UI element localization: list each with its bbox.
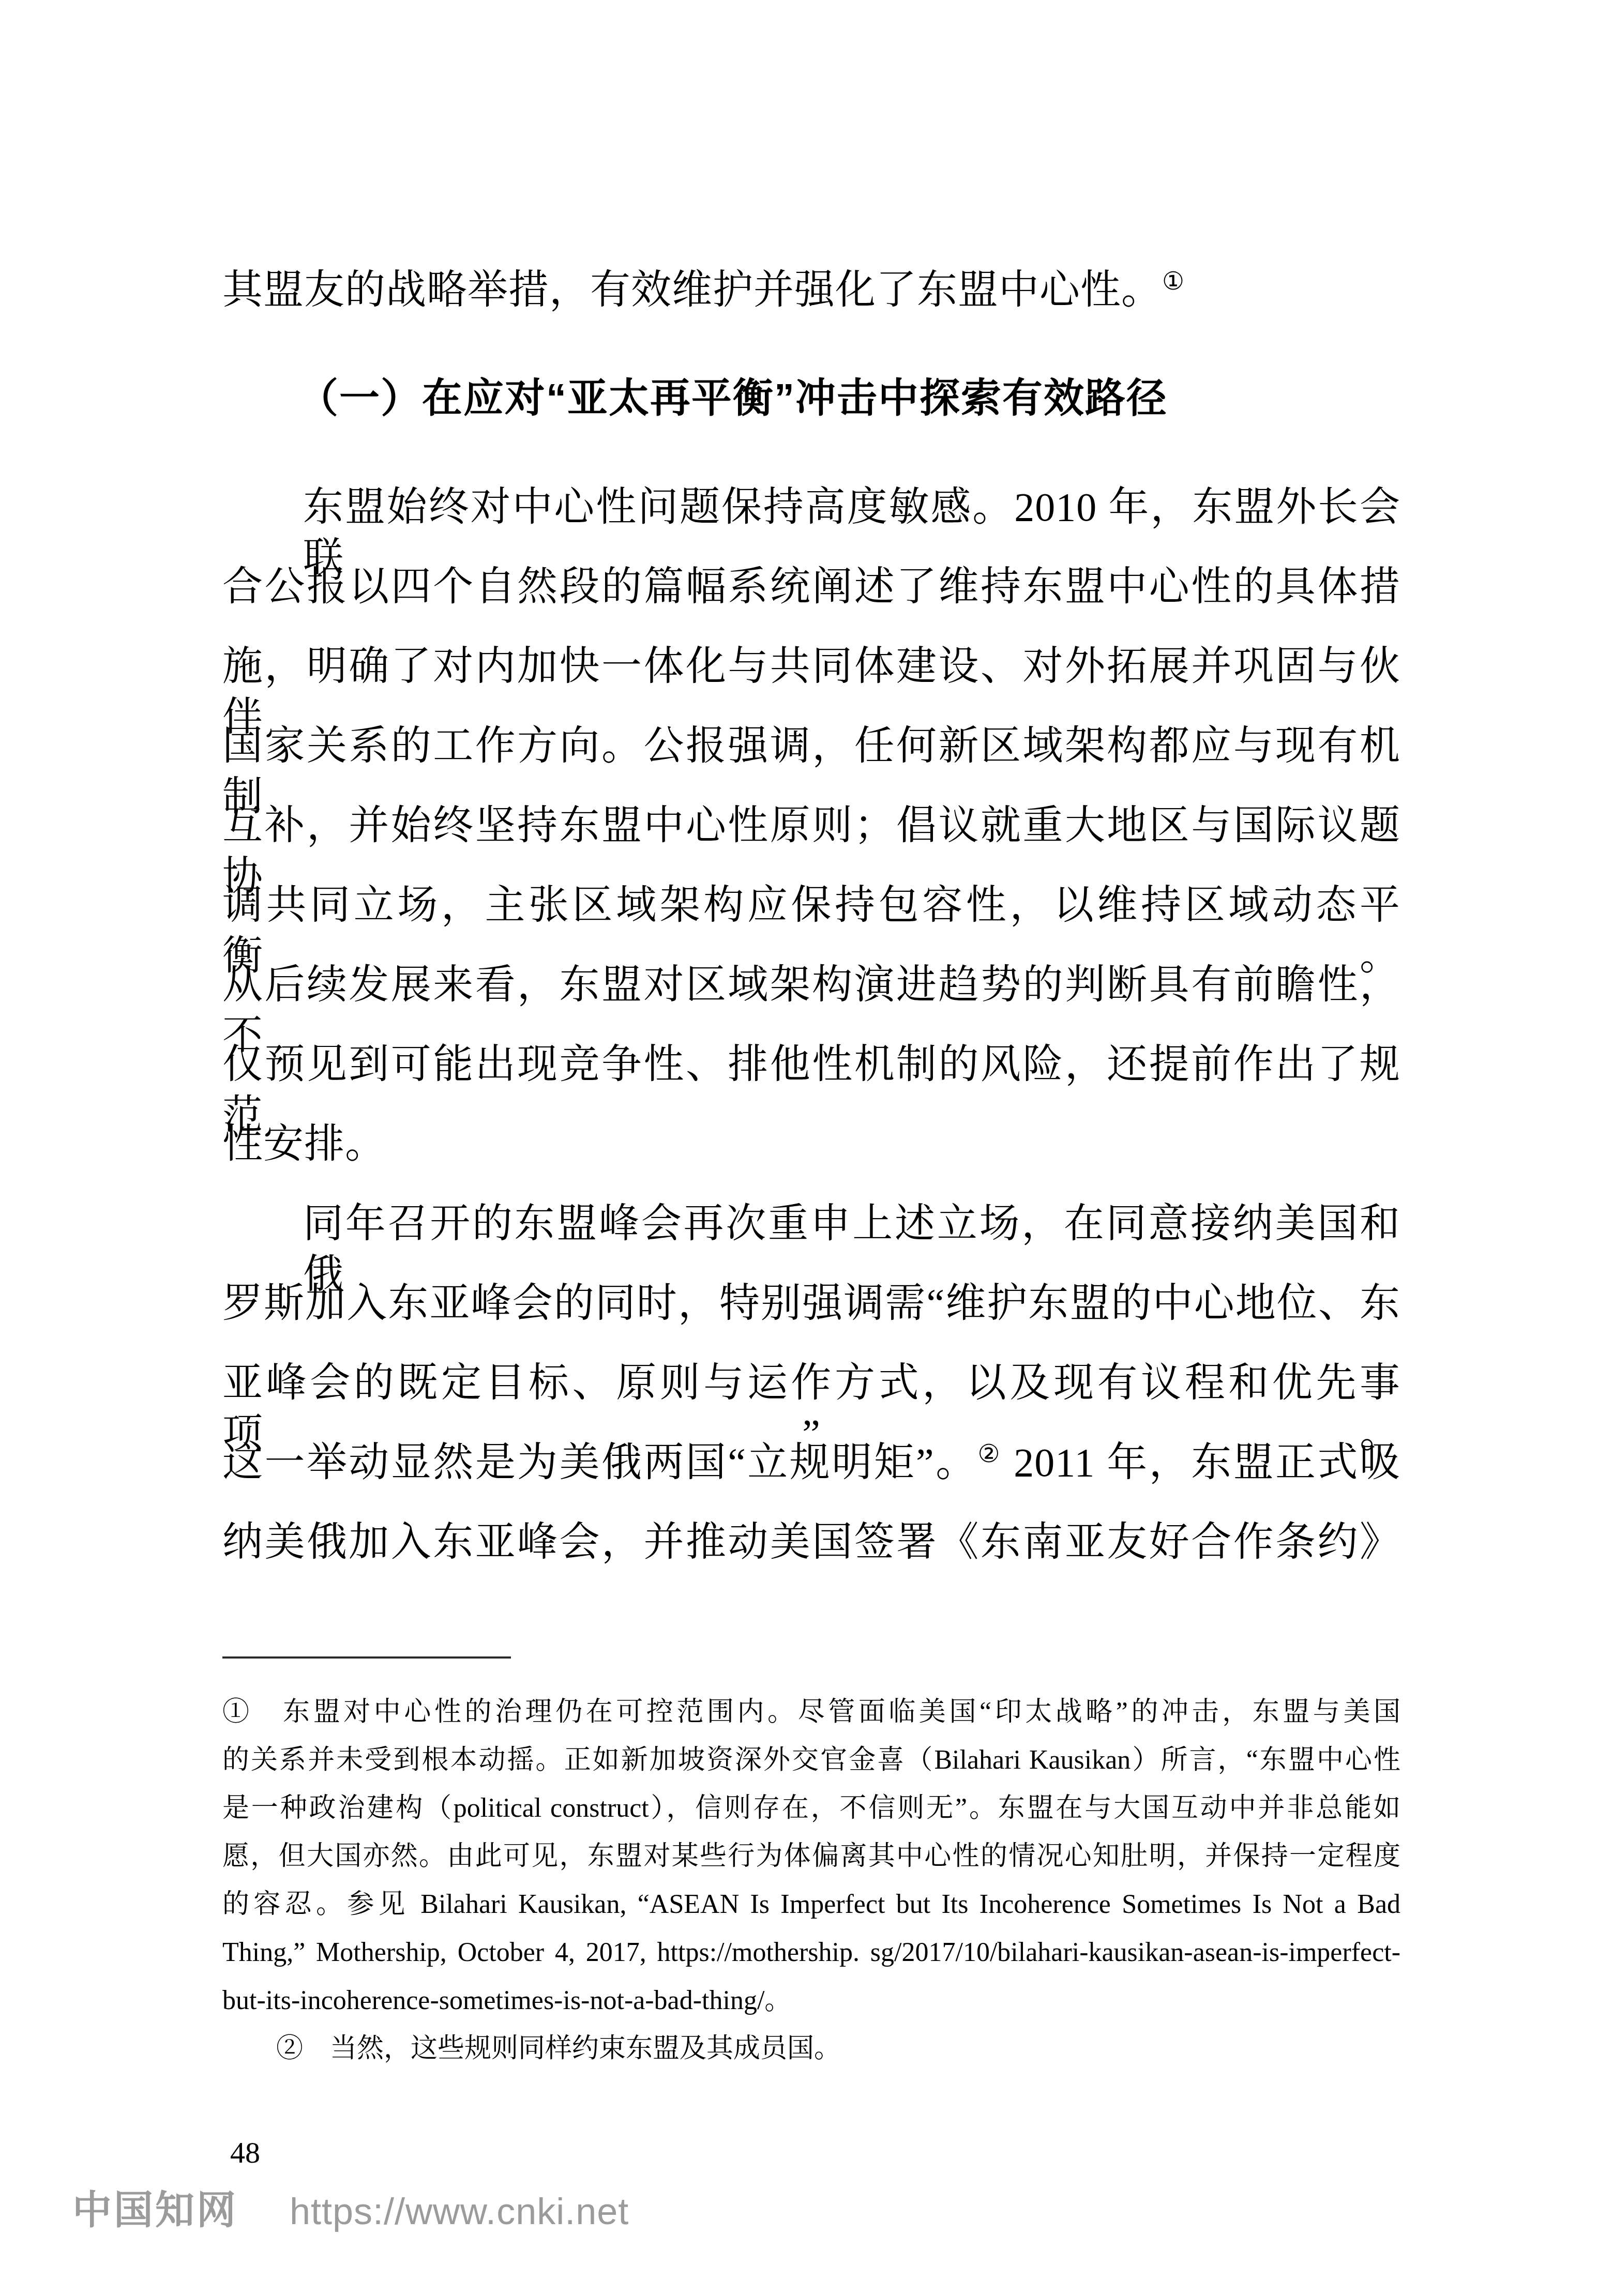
- footnote-line: 的容忍。参见 Bilahari Kausikan, “ASEAN Is Impe…: [222, 1887, 1400, 1922]
- body-line: 合公报以四个自然段的篇幅系统阐述了维持东盟中心性的具体措: [222, 561, 1400, 612]
- footnote-separator: [222, 1656, 511, 1659]
- intro-text: 其盟友的战略举措，有效维护并强化了东盟中心性。: [222, 267, 1162, 312]
- section-heading: （一）在应对“亚太再平衡”冲击中探索有效路径: [222, 373, 1400, 424]
- body-line: 这一举动显然是为美俄两国“立规明矩”。② 2011 年，东盟正式吸: [222, 1437, 1400, 1488]
- watermark-brand: 中国知网: [72, 2191, 238, 2230]
- body-text: 这一举动显然是为美俄两国“立规明矩”。: [222, 1440, 978, 1485]
- watermark-url: https://www.cnki.net: [290, 2193, 629, 2230]
- intro-line: 其盟友的战略举措，有效维护并强化了东盟中心性。①: [222, 265, 1400, 315]
- body-line: 纳美俄加入东亚峰会，并推动美国签署《东南亚友好合作条约》: [222, 1517, 1400, 1568]
- body-text: 2011 年，东盟正式吸: [1002, 1440, 1400, 1485]
- footnote-line: but-its-incoherence-sometimes-is-not-a-b…: [222, 1983, 1400, 2018]
- footnote-line: 是一种政治建构（political construct），信则存在，不信则无”。…: [222, 1791, 1400, 1826]
- footnote-ref-1: ①: [1162, 268, 1185, 295]
- footnote-line: ① 东盟对中心性的治理仍在可控范围内。尽管面临美国“印太战略”的冲击，东盟与美国: [222, 1695, 1400, 1730]
- footnote-line: 愿，但大国亦然。由此可见，东盟对某些行为体偏离其中心性的情况心知肚明，并保持一定…: [222, 1839, 1400, 1874]
- body-line: 罗斯加入东亚峰会的同时，特别强调需“维护东盟的中心地位、东: [222, 1278, 1400, 1329]
- page-number: 48: [230, 2138, 260, 2168]
- footnote-line: Thing,” Mothership, October 4, 2017, htt…: [222, 1935, 1400, 1970]
- document-page: 其盟友的战略举措，有效维护并强化了东盟中心性。① （一）在应对“亚太再平衡”冲击…: [0, 0, 1613, 2296]
- footnote-ref-2: ②: [978, 1440, 1002, 1468]
- footnote-line: ② 当然，这些规则同样约束东盟及其成员国。: [222, 2031, 1400, 2066]
- body-line: 性安排。: [222, 1119, 1400, 1169]
- footnote-line: 的关系并未受到根本动摇。正如新加坡资深外交官金喜（Bilahari Kausik…: [222, 1743, 1400, 1778]
